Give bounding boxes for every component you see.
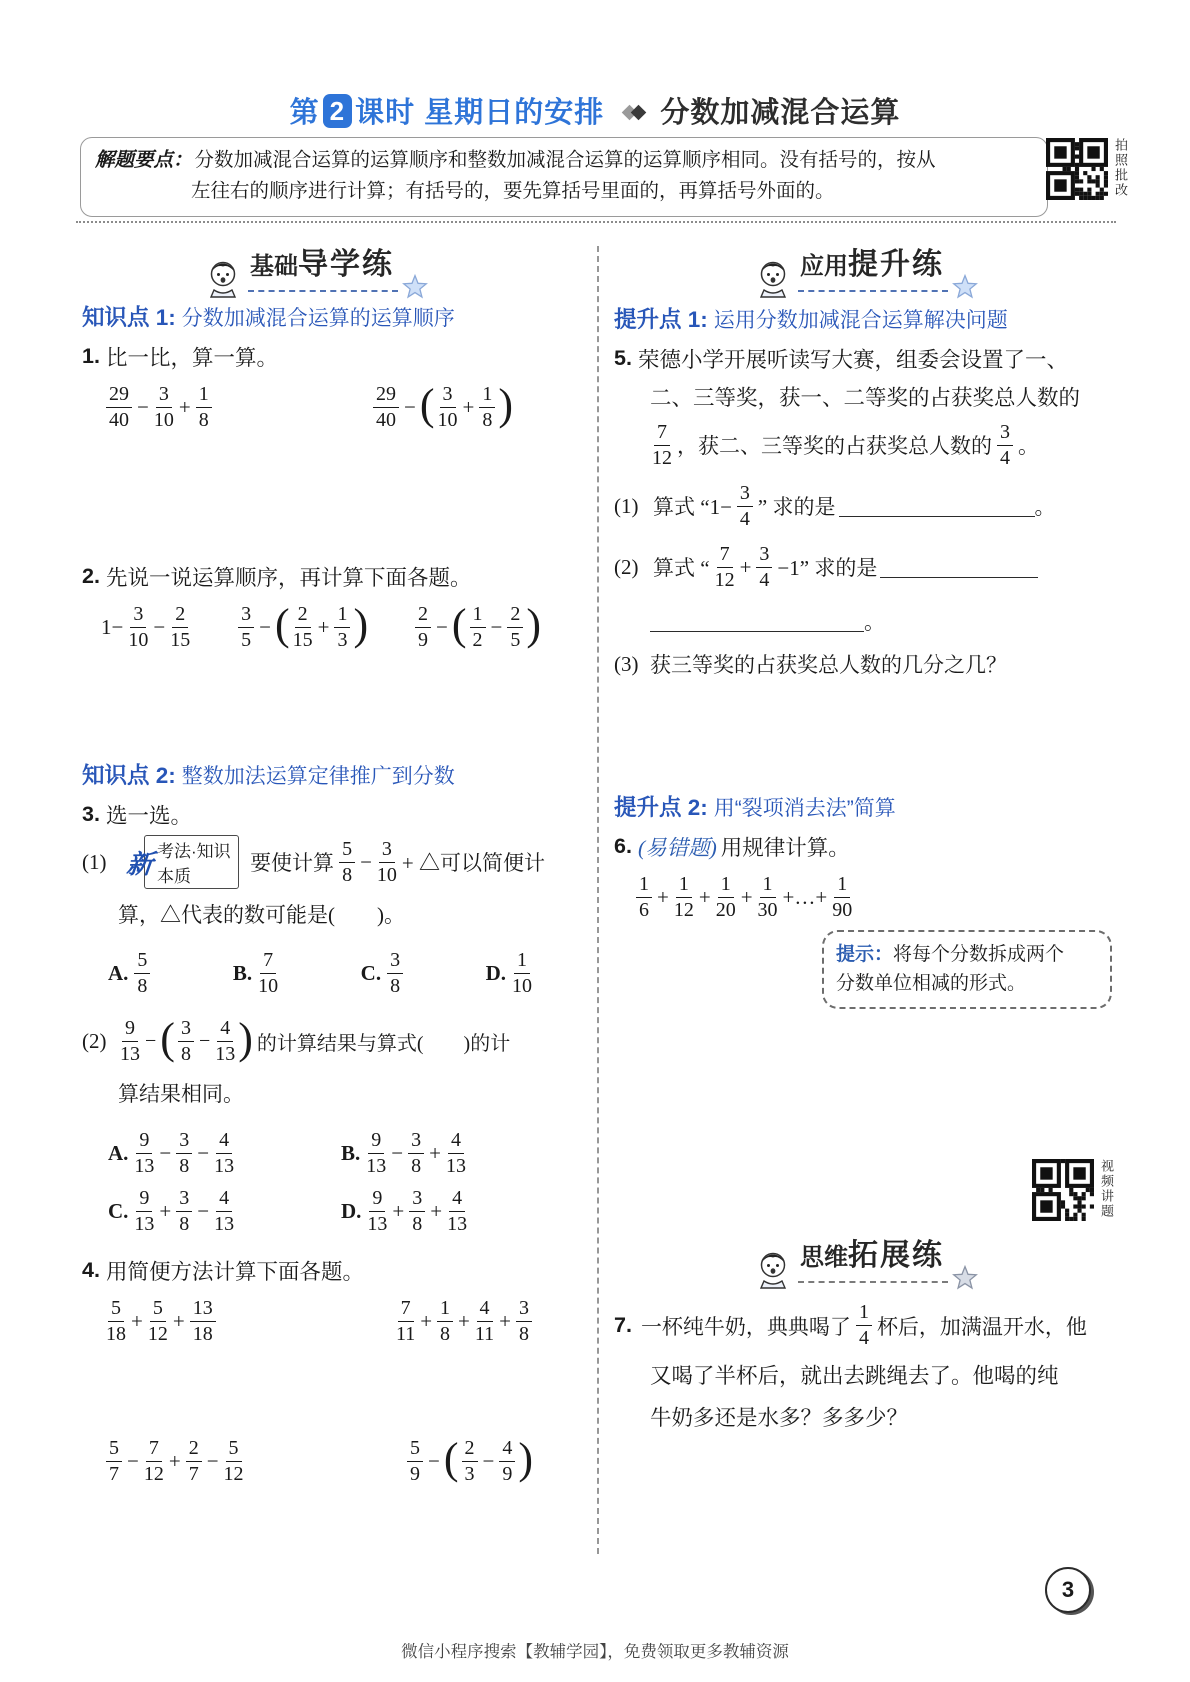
work-space: [614, 1009, 1116, 1159]
problem-6-expression: 16+112+120+130+…+190: [614, 870, 1116, 924]
option-b: B.710: [233, 950, 280, 997]
option-b: B.913−38+413: [315, 1130, 548, 1177]
error-prone-tag: (易错题): [638, 831, 717, 862]
problem-5: 5. 荣德小学开展听读写大赛，组委会设置了一、: [614, 342, 1116, 374]
expression: 913−(38−413)的计算结果与算式( )的计: [118, 1018, 513, 1065]
problem-3-sub1-line2: 算，△代表的数可能是( )。: [118, 894, 548, 934]
dotted-rule: [76, 221, 1116, 223]
work-space: [82, 434, 548, 552]
video-explain-qr: 视频讲题: [1032, 1159, 1116, 1221]
title-topic: 分数加减混合运算: [660, 97, 900, 129]
expression: 711+18+411+38: [394, 1298, 534, 1345]
photo-grading-qr: 拍照批改: [1046, 138, 1130, 200]
answer-blank: [880, 557, 1038, 578]
right-column: 应用提升练 提升点 1:运用分数加减混合运算解决问题 5. 荣德小学开展听读写大…: [614, 232, 1116, 1437]
problem-3-sub2: (2) 913−(38−413)的计算结果与算式( )的计: [82, 1012, 548, 1070]
hint-box: 提示：将每个分数拆成两个 分数单位相减的形式。: [822, 930, 1112, 1009]
expression: 518+512+1318: [104, 1298, 218, 1345]
problem-7: 7. 一杯纯牛奶，典典喝了14杯后，加满温开水，他: [614, 1299, 1116, 1353]
section-title: 思维拓展练: [798, 1230, 948, 1283]
expression: 1−310−215: [98, 604, 192, 651]
problem-4-expressions-row2: 57−712+27−512 59−(23−49): [82, 1434, 548, 1488]
diamond-icon: [625, 93, 643, 126]
problem-5-line2: 二、三等奖，获一、二等奖的占获奖总人数的: [650, 374, 1116, 418]
option-c: C.38: [361, 950, 405, 997]
problem-1: 1. 比一比，算一算。: [82, 340, 548, 372]
expression: 35−(215+13): [236, 604, 369, 651]
problem-3: 3. 选一选。: [82, 798, 548, 830]
expression: 57−712+27−512: [104, 1438, 246, 1485]
section-header-basic-practice: 基础导学练: [82, 232, 548, 292]
work-space: [82, 654, 548, 750]
key-points-box: 解题要点：分数加减混合运算的运算顺序和整数加减混合运算的运算顺序相同。没有括号的…: [80, 137, 1048, 217]
title-part2: 课时 星期日的安排: [355, 97, 604, 129]
qr-video-label: 视频讲题: [1097, 1159, 1116, 1219]
problem-4-expressions-row1: 518+512+1318 711+18+411+38: [82, 1294, 548, 1348]
section-header-thinking-practice: 思维拓展练: [752, 1223, 978, 1283]
page-title: 第2课时 星期日的安排 分数加减混合运算: [0, 90, 1190, 131]
boy-face-icon: [752, 1251, 794, 1289]
star-icon: [952, 1265, 978, 1291]
expression: 29−(12−25): [413, 604, 542, 651]
column-divider: [597, 246, 599, 1554]
problem-5-line3: 712，获二、三等奖的占获奖总人数的34。: [650, 418, 1116, 472]
expression: 59−(23−49): [405, 1438, 534, 1485]
problem-1-expressions: 2940−310+18 2940−(310+18): [82, 380, 548, 434]
star-icon: [952, 274, 978, 300]
worksheet-page: 第2课时 星期日的安排 分数加减混合运算 解题要点：分数加减混合运算的运算顺序和…: [0, 0, 1190, 1682]
problem-7-line2: 又喝了半杯后，就出去跳绳去了。他喝的纯: [650, 1353, 1116, 1397]
key-points-line1: 分数加减混合运算的运算顺序和整数加减混合运算的运算顺序相同。没有括号的，按从: [195, 150, 936, 171]
expression: 16+112+120+130+…+190: [634, 874, 854, 921]
option-c: C.913+38−413: [82, 1188, 315, 1235]
problem-4: 4. 用简便方法计算下面各题。: [82, 1254, 548, 1286]
knowledge-point-1: 知识点 1:分数加减混合运算的运算顺序: [82, 300, 548, 332]
problem-3-sub2-options-row2: C.913+38−413 D.913+38+413: [82, 1184, 548, 1238]
section-header-application-practice: 应用提升练: [614, 232, 1116, 292]
key-points-label: 解题要点：: [95, 150, 193, 171]
new-method-badge: 新 考法·知识本质: [118, 835, 239, 889]
problem-3-sub2-line2: 算结果相同。: [118, 1074, 548, 1112]
work-space: [82, 1348, 548, 1426]
problem-5-sub2-line2: 。: [650, 600, 1116, 642]
option-d: D.913+38+413: [315, 1188, 548, 1235]
footer-note: 微信小程序搜索【教辅学园】，免费领取更多教辅资源: [0, 1638, 1190, 1662]
problem-5-sub3: (3) 获三等奖的占获奖总人数的几分之几？: [614, 646, 1116, 682]
knowledge-point-2: 知识点 2:整数加法运算定律推广到分数: [82, 758, 548, 790]
lift-point-2: 提升点 2:用“裂项消去法”简算: [614, 790, 1116, 822]
work-space: [614, 682, 1116, 782]
expression: 2940−(310+18): [371, 384, 514, 431]
answer-blank: [839, 496, 1035, 517]
problem-2: 2. 先说一说运算顺序，再计算下面各题。: [82, 560, 548, 592]
left-column: 基础导学练 知识点 1:分数加减混合运算的运算顺序 1. 比一比，算一算。 29…: [82, 232, 548, 1488]
problem-6: 6. (易错题) 用规律计算。: [614, 830, 1116, 862]
qr-code-icon: [1032, 1159, 1094, 1221]
section-title: 基础导学练: [248, 239, 398, 292]
title-part1: 第: [290, 97, 320, 129]
lift-point-1: 提升点 1:运用分数加减混合运算解决问题: [614, 302, 1116, 334]
problem-7-line3: 牛奶多还是水多？多多少？: [650, 1397, 1116, 1437]
boy-face-icon: [752, 260, 794, 298]
problem-5-sub2: (2) 算式 “712+34−1” 求的是: [614, 538, 1116, 596]
expression: 要使计算58−310+ △可以简便计: [247, 839, 548, 886]
problem-3-sub1-options: A.58 B.710 C.38 D.110: [82, 946, 548, 1000]
qr-code-icon: [1046, 138, 1108, 200]
lesson-number-badge: 2: [323, 94, 352, 128]
option-a: A.58: [108, 950, 152, 997]
key-points-line2: 左往右的顺序进行计算；有括号的，要先算括号里面的，再算括号外面的。: [191, 176, 1033, 207]
boy-face-icon: [202, 260, 244, 298]
problem-3-sub2-options-row1: A.913−38−413 B.913−38+413: [82, 1126, 548, 1180]
answer-blank: [650, 611, 864, 632]
option-d: D.110: [486, 950, 534, 997]
qr-photo-label: 拍照批改: [1111, 138, 1130, 198]
problem-3-sub1: (1) 新 考法·知识本质 要使计算58−310+ △可以简便计: [82, 834, 548, 890]
problem-2-expressions: 1−310−215 35−(215+13) 29−(12−25): [82, 600, 548, 654]
problem-5-sub1: (1) 算式 “1−34” 求的是 。: [614, 478, 1116, 534]
section-title: 应用提升练: [798, 239, 948, 292]
expression: 2940−310+18: [104, 384, 214, 431]
star-icon: [402, 274, 428, 300]
page-number-badge: 3: [1045, 1567, 1091, 1613]
section-header-thinking-wrap: 视频讲题 思维拓展练: [614, 1159, 1116, 1289]
option-a: A.913−38−413: [82, 1130, 315, 1177]
